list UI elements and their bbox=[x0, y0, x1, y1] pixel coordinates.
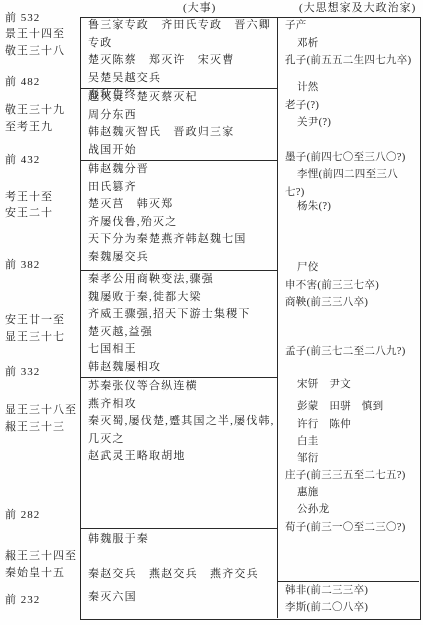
event-row-divider bbox=[81, 528, 277, 529]
reign-label: 安王二十 bbox=[5, 205, 53, 221]
event-line: 苏秦张仪等合纵连横 bbox=[88, 378, 282, 396]
event-line: 齐屡伐鲁,殆灭之 bbox=[88, 214, 274, 232]
thinker-entry: 孟子(前三七二至二八九?) bbox=[285, 343, 418, 361]
event-line: 鲁三家专政 齐田氏专政 晋六卿专政 bbox=[88, 17, 274, 52]
thinker-entry: 杨朱(?) bbox=[297, 198, 423, 216]
event-line: 楚灭陈蔡 郑灭许 宋灭曹 bbox=[88, 52, 274, 70]
event-line: 秦魏屡交兵 bbox=[88, 249, 274, 267]
thinker-entry: 韩非(前二三三卒) bbox=[285, 582, 418, 600]
thinker-entry: 李悝(前四二四至三八七?) bbox=[285, 166, 398, 201]
thinker-entry: 邹衍 bbox=[297, 450, 423, 468]
year-label: 前 232 bbox=[5, 592, 40, 608]
reign-label: 考王十至 bbox=[5, 189, 53, 205]
reign-label: 赧王三十三 bbox=[5, 419, 65, 435]
year-label: 前 432 bbox=[5, 152, 40, 168]
event-line: 秦灭蜀,屡伐楚,蹙其国之半,屡伐韩,几灭之 bbox=[88, 413, 282, 448]
thinker-entry: 庄子(前三三五至二七五?) bbox=[285, 467, 418, 485]
event-line: 燕齐相攻 bbox=[88, 396, 282, 414]
thinker-entry: 彭蒙 田骈 慎到 bbox=[297, 398, 423, 416]
reign-label: 至考王九 bbox=[5, 119, 53, 135]
reign-label: 赧王三十四至 bbox=[5, 548, 77, 564]
event-line: 齐威王骤强,招天下游士集稷下 bbox=[88, 306, 274, 324]
events-cell: 韩赵魏分晋 田氏篡齐 楚灭莒 韩灭郑 齐屡伐鲁,殆灭之 天下分为秦楚燕齐韩赵魏七… bbox=[88, 161, 274, 266]
event-line: 越灭吴 楚灭蔡灭杞 bbox=[88, 89, 274, 107]
reign-label: 敬王三十九 bbox=[5, 102, 65, 118]
events-cell: 苏秦张仪等合纵连横 燕齐相攻 秦灭蜀,屡伐楚,蹙其国之半,屡伐韩,几灭之 赵武灵… bbox=[88, 378, 282, 466]
reign-label: 安王廿一至 bbox=[5, 312, 65, 328]
thinker-entry: 荀子(前三一〇至二三〇?) bbox=[285, 519, 418, 537]
thinker-entry: 子产 bbox=[285, 17, 418, 35]
event-line: 秦孝公用商鞅变法,骤强 bbox=[88, 271, 274, 289]
events-cell: 越灭吴 楚灭蔡灭杞 周分东西 韩赵魏灭智氏 晋政归三家 战国开始 bbox=[88, 89, 274, 159]
thinker-entry: 商鞅(前三三八卒) bbox=[285, 294, 418, 312]
event-line: 天下分为秦楚燕齐韩赵魏七国 bbox=[88, 231, 274, 249]
events-column-header: (大事) bbox=[183, 1, 216, 15]
thinker-entry: 申不害(前三三七卒) bbox=[285, 277, 418, 295]
event-line: 韩赵魏屡相攻 bbox=[88, 359, 274, 377]
year-label: 前 282 bbox=[5, 507, 40, 523]
reign-label: 景王十四至 bbox=[5, 26, 65, 42]
thinker-entry: 计然 bbox=[297, 79, 423, 97]
event-line: 韩赵魏灭智氏 晋政归三家 bbox=[88, 124, 274, 142]
event-line: 吴楚吴越交兵 bbox=[88, 70, 274, 88]
event-line: 战国开始 bbox=[88, 142, 274, 160]
event-line: 楚灭越,益强 bbox=[88, 324, 274, 342]
thinker-entry: 宋钘 尹文 bbox=[297, 376, 423, 394]
year-label: 前 482 bbox=[5, 74, 40, 90]
year-label: 前 332 bbox=[5, 364, 40, 380]
thinkers-column-header: (大思想家及大政治家) bbox=[299, 1, 416, 15]
event-line: 韩魏服于秦 bbox=[88, 531, 274, 549]
event-line: 田氏篡齐 bbox=[88, 179, 274, 197]
reign-label: 秦始皇十五 bbox=[5, 565, 65, 581]
event-line: 七国相王 bbox=[88, 341, 274, 359]
reign-label: 显王三十七 bbox=[5, 329, 65, 345]
thinker-entry: 墨子(前四七〇至三八〇?) bbox=[285, 149, 418, 167]
thinker-entry: 白圭 bbox=[297, 433, 423, 451]
event-line: 秦灭六国 bbox=[88, 589, 274, 607]
chronology-page: (大事) (大思想家及大政治家) 前 532 景王十四至 敬王三十八 前 482… bbox=[0, 0, 423, 625]
thinker-entry: 孔子(前五五二生四七九卒) bbox=[285, 52, 418, 70]
event-line: 魏屡败于秦,徙都大梁 bbox=[88, 289, 274, 307]
event-line: 赵武灵王略取胡地 bbox=[88, 448, 282, 466]
thinker-entry: 许行 陈仲 bbox=[297, 416, 423, 434]
year-label: 前 382 bbox=[5, 257, 40, 273]
year-label: 前 532 bbox=[5, 10, 40, 26]
thinker-entry: 公孙龙 bbox=[297, 501, 423, 519]
thinker-entry: 邓析 bbox=[297, 35, 423, 53]
event-line: 秦赵交兵 燕赵交兵 燕齐交兵 bbox=[88, 566, 274, 584]
reign-label: 敬王三十八 bbox=[5, 43, 65, 59]
event-line: 楚灭莒 韩灭郑 bbox=[88, 196, 274, 214]
thinker-entry: 李斯(前二〇八卒) bbox=[285, 599, 418, 617]
thinker-entry: 老子(?) bbox=[285, 97, 418, 115]
column-divider-line bbox=[277, 17, 278, 618]
thinker-entry: 惠施 bbox=[297, 484, 423, 502]
event-line: 周分东西 bbox=[88, 107, 274, 125]
event-line: 韩赵魏分晋 bbox=[88, 161, 274, 179]
thinker-entry: 关尹(?) bbox=[297, 114, 423, 132]
reign-label: 显王三十八至 bbox=[5, 402, 77, 418]
thinker-entry: 尸佼 bbox=[297, 259, 423, 277]
events-cell: 秦孝公用商鞅变法,骤强 魏屡败于秦,徙都大梁 齐威王骤强,招天下游士集稷下 楚灭… bbox=[88, 271, 274, 376]
